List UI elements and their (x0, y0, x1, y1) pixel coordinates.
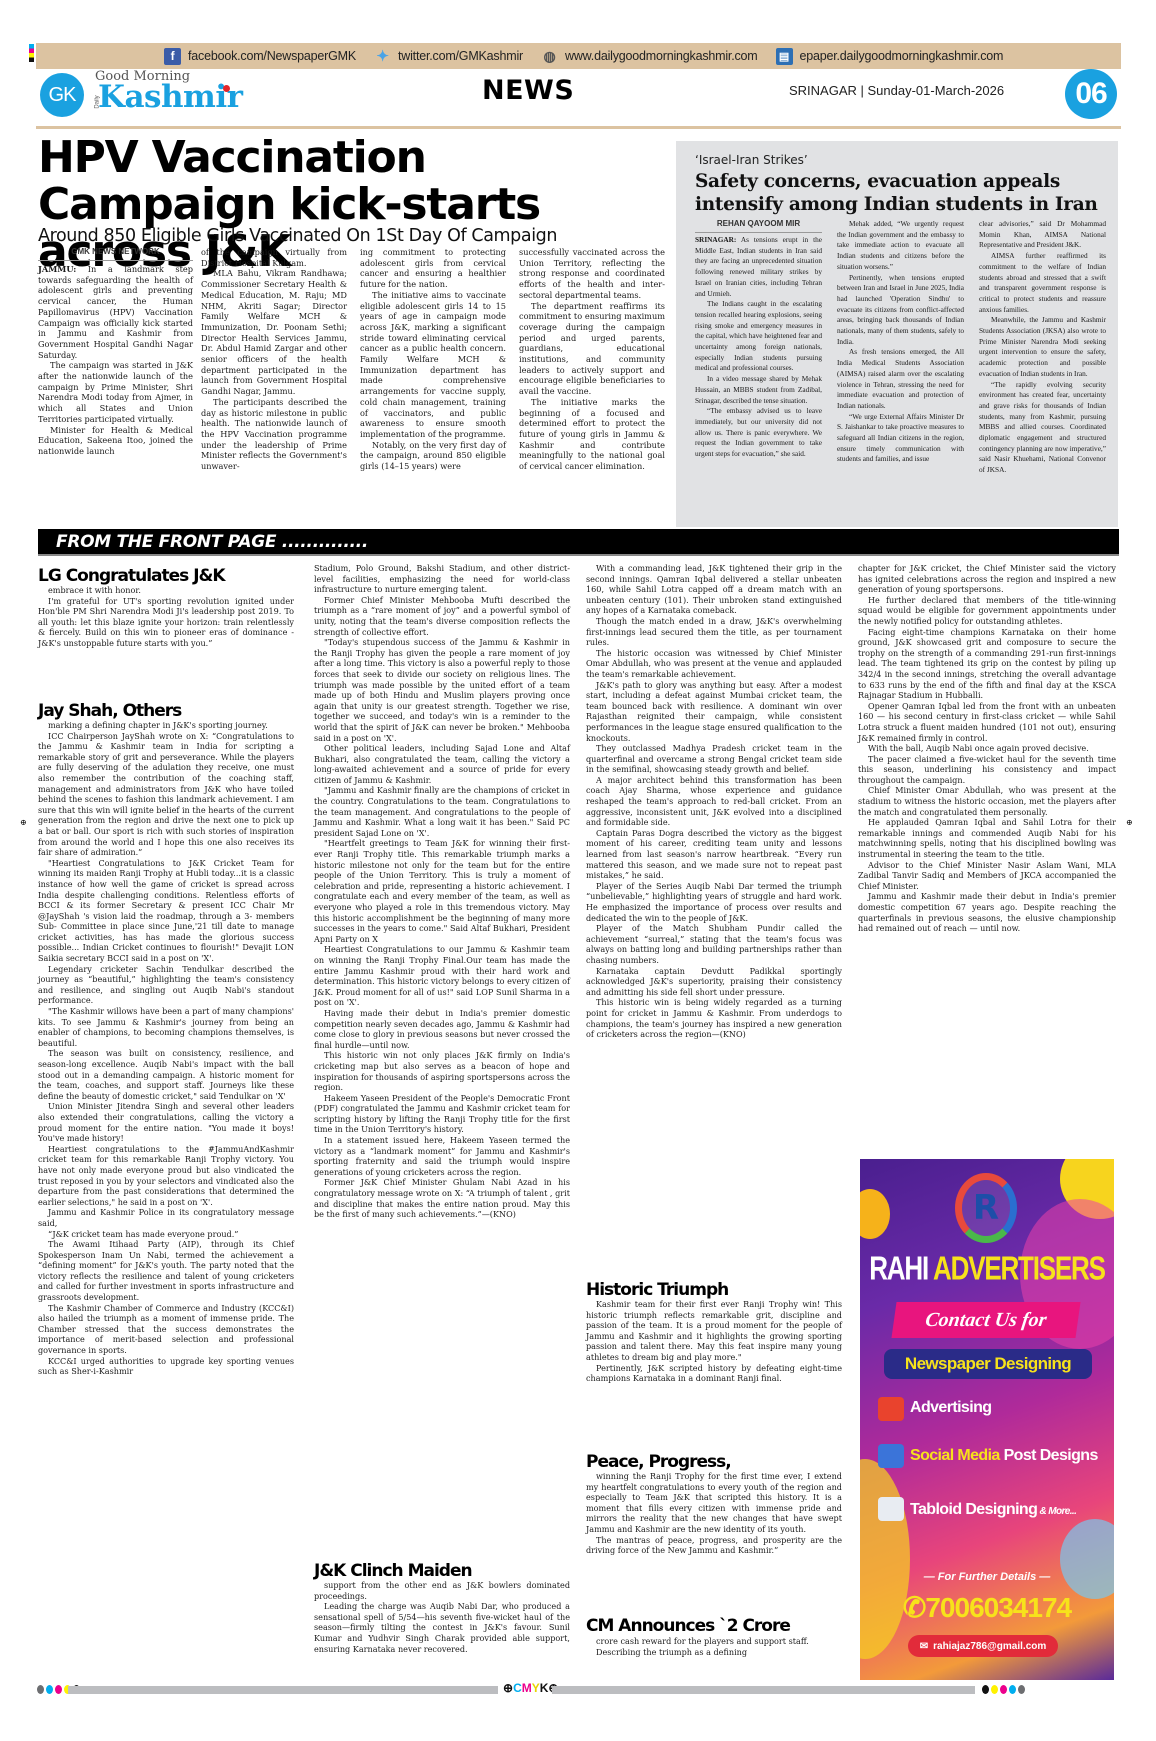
ad-decor-blob (1060, 1519, 1114, 1599)
lead-para: Notably, on the very first day of the ca… (360, 440, 506, 472)
gk-logo-icon: GK (40, 73, 84, 117)
front-column-4: chapter for J&K cricket, the Chief Minis… (858, 563, 1116, 934)
front-para: Karnataka captain Devdutt Padikkal sport… (586, 966, 842, 998)
ad-further-details: — For Further Details — (860, 1571, 1114, 1583)
from-front-page-bar: FROM THE FRONT PAGE .............. (38, 529, 1119, 556)
front-para: Jammu and Kashmir Police in its congratu… (38, 1207, 294, 1228)
lead-para: The department reaffirms its commitment … (519, 301, 665, 397)
front-para: I'm grateful for UT's sporting revolutio… (38, 596, 294, 649)
lead-para: The initiative aims to vaccinate eligibl… (360, 290, 506, 440)
front-para: Describing the triumph as a defining (586, 1647, 842, 1658)
front-para: support from the other end as J&K bowler… (314, 1580, 570, 1601)
front-para: embrace it with honor. (38, 585, 294, 596)
front-para: crore cash reward for the players and su… (586, 1636, 842, 1647)
page-number-badge: 06 (1065, 69, 1117, 119)
front-column-3d: crore cash reward for the players and su… (586, 1636, 842, 1657)
front-para: Former Chief Minister Mehbooba Mufti des… (314, 595, 570, 637)
lead-subheadline: Around 850 Eligible Girls Vaccinated On … (38, 226, 557, 246)
lead-para: Minister for Health & Medical Education,… (38, 425, 193, 457)
ad-email-text: rahiajaz786@gmail.com (933, 1641, 1046, 1652)
heading-historic-triumph: Historic Triumph (586, 1280, 728, 1300)
website-link[interactable]: ◍ www.dailygoodmorningkashmir.com (541, 48, 758, 65)
lead-para: The participants described the day as hi… (201, 397, 347, 472)
front-para: Leading the charge was Auqib Nabi Dar, w… (314, 1601, 570, 1654)
front-para: Pertinently, J&K scripted history by def… (586, 1363, 842, 1384)
front-para: The pacer claimed a five-wicket haul for… (858, 754, 1116, 786)
ad-service-advertising: Advertising (910, 1399, 991, 1417)
ad-phone-text: 7006034174 (925, 1592, 1071, 1623)
lead-para: The initiative marks the beginning of a … (519, 397, 665, 472)
from-front-page-label: FROM THE FRONT PAGE .............. (56, 532, 368, 552)
footer-cmyk-label: ⊕CMYK⊕ (503, 1681, 558, 1695)
dateline: SRINAGAR | Sunday-01-March-2026 (789, 83, 1004, 98)
tabloid-icon (878, 1497, 904, 1521)
ad-brand-white: RAHI (869, 1248, 928, 1287)
facebook-link[interactable]: f facebook.com/NewspaperGMK (164, 48, 356, 65)
lead-para: successfully vaccinated across the Union… (519, 247, 665, 301)
front-column-3b: Kashmir team for their first ever Ranji … (586, 1299, 842, 1384)
rahi-advertisers-ad[interactable]: R RAHI ADVERTISERS Contact Us for Newspa… (860, 1159, 1114, 1680)
iran-para: “The embassy advised us to leave immedia… (695, 406, 822, 460)
twitter-icon: ✦ (374, 48, 391, 65)
front-para: The season was built on consistency, res… (38, 1048, 294, 1101)
front-para: Stadium, Polo Ground, Bakshi Stadium, an… (314, 563, 570, 595)
epaper-link-label: epaper.dailygoodmorningkashmir.com (800, 49, 1004, 63)
ad-service-social-media: Social Media Post Designs (910, 1447, 1098, 1465)
masthead: GK Good Morning Daily Kashmir NEWS SRINA… (36, 69, 1121, 127)
lead-column-4: successfully vaccinated across the Union… (519, 247, 665, 472)
lead-para: ing commitment to protecting adolescent … (360, 247, 506, 290)
footer-gray-bar-left (68, 1686, 498, 1694)
ad-service-more: & More... (1037, 1506, 1076, 1517)
ad-service-newspaper-designing: Newspaper Designing (884, 1349, 1092, 1379)
front-para: Former J&K Chief Minister Ghulam Nabi Az… (314, 1177, 570, 1219)
iran-column-2: Mehak added, “We urgently request the In… (837, 219, 964, 465)
newspaper-name: Kashmir (98, 79, 242, 115)
heading-jk-clinch-maiden: J&K Clinch Maiden (314, 1561, 472, 1581)
front-para: "Heartiest Congratulations to J&K Cricke… (38, 858, 294, 964)
front-column-1b: marking a defining chapter in J&K's spor… (38, 720, 294, 1377)
ad-service-white: Tabloid Designing (910, 1501, 1037, 1518)
heading-jay-shah: Jay Shah, Others (38, 701, 181, 721)
lead-para: The campaign was started in J&K after th… (38, 360, 193, 424)
section-title: NEWS (482, 75, 574, 106)
front-para: “J&K cricket team has made everyone prou… (38, 1229, 294, 1240)
iran-para: clear advisories,” said Dr Mohammad Momi… (979, 219, 1106, 251)
front-para: Union Minister Jitendra Singh and severa… (38, 1101, 294, 1143)
logo-red-dot (223, 85, 230, 92)
iran-para: In a video message shared by Mehak Hussa… (695, 374, 822, 406)
front-para: "The Kashmir willows have been a part of… (38, 1006, 294, 1048)
front-para: In a statement issued here, Hakeem Yasee… (314, 1135, 570, 1177)
heading-lg-congratulates: LG Congratulates J&K (38, 566, 225, 586)
ad-email[interactable]: ✉rahiajaz786@gmail.com (908, 1635, 1058, 1657)
iran-para: As fresh tensions emerged, the All India… (837, 347, 964, 411)
front-para: The mantras of peace, progress, and pros… (586, 1535, 842, 1556)
footer-gray-bar-right (552, 1686, 975, 1694)
footer-color-dots-right (982, 1685, 1025, 1694)
ad-service-white: Advertising (910, 1399, 991, 1416)
iran-dateline: SRINAGAR: (695, 235, 736, 244)
ad-decor-blob (860, 1459, 910, 1659)
iran-para: The Indians caught in the escalating ten… (695, 299, 822, 374)
mail-icon: ✉ (920, 1641, 928, 1652)
iran-para: Pertinently, when tensions erupted betwe… (837, 273, 964, 348)
front-para: Heartiest congratulations to the #JammuA… (38, 1144, 294, 1208)
front-column-2a: Stadium, Polo Ground, Bakshi Stadium, an… (314, 563, 570, 1220)
megaphone-icon (878, 1397, 904, 1421)
heading-cm-announces: CM Announces `2 Crore (586, 1616, 790, 1636)
twitter-link[interactable]: ✦ twitter.com/GMKashmir (374, 48, 523, 65)
front-para: The Awami Itihaad Party (AIP), through i… (38, 1239, 294, 1303)
rahi-logo-icon: R (955, 1173, 1017, 1243)
ad-phone-number[interactable]: ✆7006034174 (860, 1591, 1114, 1624)
front-para: winning the Ranji Trophy for the first t… (586, 1471, 842, 1535)
ad-brand-name: RAHI ADVERTISERS (860, 1248, 1114, 1288)
front-para: J&K's path to glory was anything but eas… (586, 680, 842, 744)
ad-service-tabloid: Tabloid Designing & More... (910, 1501, 1076, 1519)
iran-para: SRINAGAR: As tensions erupt in the Middl… (695, 235, 822, 299)
phone-icon: ✆ (903, 1592, 925, 1623)
front-para: He further declared that members of the … (858, 595, 1116, 627)
registration-mark-right: ⊕ (1126, 818, 1133, 827)
front-column-1a: embrace it with honor. I'm grateful for … (38, 585, 294, 649)
ad-contact-ribbon: Contact Us for (891, 1302, 1080, 1338)
front-para: Heartiest Congratulations to our Jammu &… (314, 944, 570, 1008)
front-column-3a: With a commanding lead, J&K tightened th… (586, 563, 842, 1040)
globe-search-icon: ◍ (541, 48, 558, 65)
front-para: Legendary cricketer Sachin Tendulkar des… (38, 964, 294, 1006)
iran-para-text: As tensions erupt in the Middle East, In… (695, 235, 822, 298)
front-para: Having made their debut in India's premi… (314, 1008, 570, 1050)
front-para: marking a defining chapter in J&K's spor… (38, 720, 294, 731)
ad-service-yellow: Social Media (910, 1447, 1000, 1464)
facebook-icon: f (164, 48, 181, 65)
front-para: Kashmir team for their first ever Ranji … (586, 1299, 842, 1363)
front-para: They outclassed Madhya Pradesh cricket t… (586, 743, 842, 775)
lead-para: JAMMU: In a landmark step towards safegu… (38, 264, 193, 360)
ad-service-white: Post Designs (1000, 1447, 1098, 1464)
front-column-3c: winning the Ranji Trophy for the first t… (586, 1471, 842, 1556)
front-para: Player of the Series Auqib Nabi Dar term… (586, 881, 842, 923)
front-para: Advisor to the Chief Minister Nasir Asla… (858, 860, 1116, 892)
front-para: Captain Paras Dogra described the victor… (586, 828, 842, 881)
lead-column-1: JAMMU: In a landmark step towards safegu… (38, 264, 193, 457)
front-para: Player of the Match Shubham Pundir calle… (586, 923, 842, 965)
website-link-label: www.dailygoodmorningkashmir.com (565, 49, 758, 63)
front-para: With a commanding lead, J&K tightened th… (586, 563, 842, 616)
iran-kicker: ‘Israel-Iran Strikes’ (695, 153, 808, 167)
iran-para: Mehak added, “We urgently request the In… (837, 219, 964, 273)
front-para: The Kashmir Chamber of Commerce and Indu… (38, 1303, 294, 1356)
epaper-link[interactable]: ▤ epaper.dailygoodmorningkashmir.com (776, 48, 1004, 65)
lead-column-2: of the campaign virtually from District … (201, 247, 347, 472)
phone-social-icon (878, 1444, 904, 1468)
twitter-link-label: twitter.com/GMKashmir (398, 49, 523, 63)
front-para: Hakeem Yaseen President of the People's … (314, 1093, 570, 1135)
front-column-2b: support from the other end as J&K bowler… (314, 1580, 570, 1654)
iran-story-box: ‘Israel-Iran Strikes’ Safety concerns, e… (676, 141, 1118, 527)
cmyk-color-strip (29, 44, 34, 62)
iran-para: AIMSA further reaffirmed its commitment … (979, 251, 1106, 315)
masthead-rule (36, 126, 1121, 129)
epaper-icon: ▤ (776, 48, 793, 65)
ad-decor-blob (860, 1189, 890, 1239)
front-para: "Today's stupendous success of the Jammu… (314, 637, 570, 743)
lead-para-text: In a landmark step towards safeguarding … (38, 264, 193, 360)
social-links-bar: f facebook.com/NewspaperGMK ✦ twitter.co… (36, 43, 1121, 69)
front-para: ICC Chairperson JayShah wrote on X: “Con… (38, 731, 294, 858)
front-para: Jammu and Kashmir made their debut in In… (858, 891, 1116, 933)
registration-mark-left: ⊕ (20, 818, 27, 827)
lead-dateline: JAMMU: (38, 264, 76, 274)
front-para: Opener Qamran Iqbal led from the front w… (858, 701, 1116, 743)
front-para: chapter for J&K cricket, the Chief Minis… (858, 563, 1116, 595)
iran-para: Meanwhile, the Jammu and Kashmir Student… (979, 315, 1106, 379)
front-para: Other political leaders, including Sajad… (314, 743, 570, 785)
iran-column-1: SRINAGAR: As tensions erupt in the Middl… (695, 235, 822, 460)
iran-headline: Safety concerns, evacuation appeals inte… (695, 170, 1115, 216)
front-para: This historic win not only places J&K fi… (314, 1050, 570, 1092)
lead-column-3: ing commitment to protecting adolescent … (360, 247, 506, 472)
iran-byline: REHAN QAYOOM MIR (695, 219, 822, 233)
heading-peace-progress: Peace, Progress, (586, 1452, 731, 1472)
front-para: A major architect behind this transforma… (586, 775, 842, 828)
lead-para: of the campaign virtually from District … (201, 247, 347, 268)
iran-column-3: clear advisories,” said Dr Mohammad Momi… (979, 219, 1106, 476)
front-para: Chief Minister Omar Abdullah, who was pr… (858, 785, 1116, 817)
front-para: KCC&I urged authorities to upgrade key s… (38, 1356, 294, 1377)
lead-byline: GMK NEWS NETWORK (38, 247, 193, 261)
front-para: "Heartfelt greetings to Team J&K for win… (314, 838, 570, 944)
front-para: Though the match ended in a draw, J&K's … (586, 616, 842, 648)
front-para: The historic occasion was witnessed by C… (586, 648, 842, 680)
iran-para: “We urge External Affairs Minister Dr S.… (837, 412, 964, 466)
front-para: "Jammu and Kashmir finally are the champ… (314, 785, 570, 838)
front-para: With the ball, Auqib Nabi once again pro… (858, 743, 1116, 754)
lead-para: MLA Bahu, Vikram Randhawa; Commissioner … (201, 268, 347, 396)
iran-para: “The rapidly evolving security environme… (979, 380, 1106, 476)
front-para: He applauded Qamran Iqbal and Sahil Lotr… (858, 817, 1116, 859)
front-para: Facing eight-time champions Karnataka on… (858, 627, 1116, 701)
front-para: This historic win is being widely regard… (586, 997, 842, 1039)
facebook-link-label: facebook.com/NewspaperGMK (188, 49, 356, 63)
ad-brand-yellow: ADVERTISERS (933, 1248, 1105, 1287)
